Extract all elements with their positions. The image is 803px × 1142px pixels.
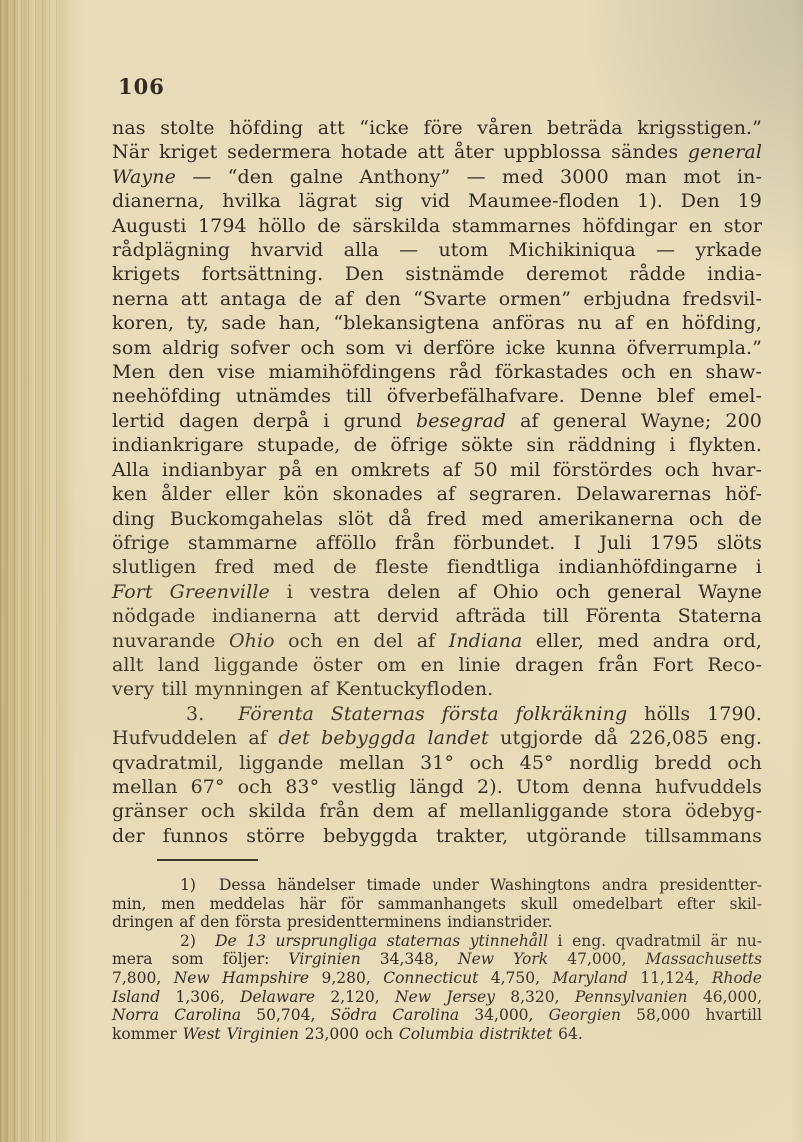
italic-text: Ohio <box>229 630 275 652</box>
text-segment: gränser och skilda från dem af mellanlig… <box>112 800 762 822</box>
text-segment: ken ålder eller kön skonades af segraren… <box>112 483 762 505</box>
text-line: öfrige stammarne afföllo från förbundet.… <box>112 531 762 555</box>
text-segment: öfrige stammarne afföllo från förbundet.… <box>112 532 762 554</box>
text-line: rådplägning hvarvid alla — utom Michikin… <box>112 238 762 262</box>
text-segment: 1,306, <box>160 988 240 1006</box>
page-number: 106 <box>118 74 165 99</box>
text-segment: 47,000, <box>548 950 645 968</box>
text-line: som aldrig sofver och som vi derföre ick… <box>112 336 762 360</box>
text-segment: utgjorde då 226,085 eng. <box>489 727 762 749</box>
italic-text: Förenta Staternas första folkräkning <box>238 703 627 725</box>
text-line: Hufvuddelen af det bebyggda landet utgjo… <box>112 726 762 750</box>
footnotes-section: 1) Dessa händelser timade under Washingt… <box>112 876 762 1043</box>
italic-text: Rhode <box>712 969 762 987</box>
text-segment: mera som följer: <box>112 950 288 968</box>
text-line: Men den vise miamihöfdingens råd förkast… <box>112 360 762 384</box>
text-segment: rådplägning hvarvid alla — utom Michikin… <box>112 239 762 261</box>
text-line: Alla indianbyar på en omkrets af 50 mil … <box>112 458 762 482</box>
italic-text: Virginien <box>288 950 360 968</box>
text-line: qvadratmil, liggande mellan 31° och 45° … <box>112 751 762 775</box>
italic-text: Maryland <box>552 969 627 987</box>
text-segment: ding Buckomgahelas slöt då fred med amer… <box>112 508 762 530</box>
text-line: slutligen fred med de fleste fiendtliga … <box>112 555 762 579</box>
text-segment: dianerna, hvilka lägrat sig vid Maumee-f… <box>112 190 762 212</box>
italic-text: Södra Carolina <box>331 1006 460 1024</box>
text-segment: 4,750, <box>478 969 552 987</box>
italic-text: De 13 ursprungliga staternas ytinnehåll <box>215 932 548 950</box>
text-line: indiankrigare stupade, de öfrige sökte s… <box>112 433 762 457</box>
text-segment: af general Wayne; 200 <box>506 410 762 432</box>
text-line: 3. Förenta Staternas första folkräkning … <box>112 702 762 726</box>
text-segment: der funnos större bebyggda trakter, utgö… <box>112 825 762 847</box>
text-line: Norra Carolina 50,704, Södra Carolina 34… <box>112 1006 762 1025</box>
italic-text: West Virginien <box>183 1025 299 1043</box>
text-line: nas stolte höfding att “icke före våren … <box>112 116 762 140</box>
text-segment: dringen af den första presidentterminens… <box>112 913 553 931</box>
text-segment: qvadratmil, liggande mellan 31° och 45° … <box>112 752 762 774</box>
binding-edge <box>0 0 100 1142</box>
book-page: 106 nas stolte höfding att “icke före vå… <box>0 0 803 1142</box>
text-segment: mellan 67° och 83° vestlig längd 2). Uto… <box>112 776 762 798</box>
italic-text: Columbia distriktet <box>399 1025 552 1043</box>
italic-text: Connecticut <box>383 969 478 987</box>
text-line: Wayne — “den galne Anthony” — med 3000 m… <box>112 165 762 189</box>
text-segment: 8,320, <box>495 988 575 1006</box>
text-segment: lertid dagen derpå i grund <box>112 410 416 432</box>
text-line: Augusti 1794 höllo de särskilda stammarn… <box>112 214 762 238</box>
text-segment: 46,000, <box>688 988 762 1006</box>
text-line: nuvarande Ohio och en del af Indiana ell… <box>112 629 762 653</box>
text-segment: och en del af <box>275 630 449 652</box>
text-segment: Men den vise miamihöfdingens råd förkast… <box>112 361 762 383</box>
text-segment: indiankrigare stupade, de öfrige sökte s… <box>112 434 762 456</box>
text-segment: 34,348, <box>361 950 458 968</box>
text-segment: — “den galne Anthony” — med 3000 man mot… <box>176 166 762 188</box>
text-line: dringen af den första presidentterminens… <box>112 913 762 932</box>
text-segment: Alla indianbyar på en omkrets af 50 mil … <box>112 459 762 481</box>
text-segment: som aldrig sofver och som vi derföre ick… <box>112 337 762 359</box>
text-line: nerna att antaga de af den “Svarte ormen… <box>112 287 762 311</box>
italic-text: Island <box>112 988 160 1006</box>
text-segment: i vestra delen af Ohio och general Wayne <box>270 581 762 603</box>
text-segment: 7,800, <box>112 969 174 987</box>
text-segment: 34,000, <box>459 1006 548 1024</box>
text-segment: 58,000 hvartill <box>621 1006 762 1024</box>
italic-text: Norra Carolina <box>112 1006 241 1024</box>
text-line: der funnos större bebyggda trakter, utgö… <box>112 824 762 848</box>
italic-text: New York <box>458 950 548 968</box>
italic-text: New Jersey <box>395 988 495 1006</box>
text-segment: Hufvuddelen af <box>112 727 278 749</box>
text-line: lertid dagen derpå i grund besegrad af g… <box>112 409 762 433</box>
italic-text: Indiana <box>449 630 523 652</box>
italic-text: Wayne <box>112 166 176 188</box>
text-segment: i eng. qvadratmil är nu- <box>548 932 762 950</box>
text-line: 7,800, New Hampshire 9,280, Connecticut … <box>112 969 762 988</box>
text-line: neehöfding utnämdes till öfverbefälhafva… <box>112 384 762 408</box>
text-line: krigets fortsättning. Den sistnämde dere… <box>112 262 762 286</box>
text-segment: 1) Dessa händelser timade under Washingt… <box>180 876 762 894</box>
text-line: very till mynningen af Kentuckyfloden. <box>112 677 762 701</box>
text-segment: nerna att antaga de af den “Svarte ormen… <box>112 288 762 310</box>
text-segment: eller, med andra ord, <box>522 630 762 652</box>
text-segment: 9,280, <box>309 969 383 987</box>
text-line: gränser och skilda från dem af mellanlig… <box>112 799 762 823</box>
text-segment: 23,000 och <box>299 1025 399 1043</box>
text-segment: krigets fortsättning. Den sistnämde dere… <box>112 263 762 285</box>
text-segment: 2) <box>180 932 215 950</box>
text-line: ding Buckomgahelas slöt då fred med amer… <box>112 507 762 531</box>
italic-text: det bebyggda landet <box>278 727 488 749</box>
text-line: 1) Dessa händelser timade under Washingt… <box>112 876 762 895</box>
text-line: nödgade indianerna att dervid afträda ti… <box>112 604 762 628</box>
text-line: mellan 67° och 83° vestlig längd 2). Uto… <box>112 775 762 799</box>
italic-text: general <box>688 141 762 163</box>
text-segment: very till mynningen af Kentuckyfloden. <box>112 678 493 700</box>
italic-text: Fort Greenville <box>112 581 270 603</box>
text-segment: hölls 1790. <box>627 703 762 725</box>
italic-text: Pennsylvanien <box>575 988 688 1006</box>
text-line: Island 1,306, Delaware 2,120, New Jersey… <box>112 988 762 1007</box>
text-line: kommer West Virginien 23,000 och Columbi… <box>112 1025 762 1044</box>
text-segment: slutligen fred med de fleste fiendtliga … <box>112 556 762 578</box>
italic-text: besegrad <box>416 410 506 432</box>
text-line: koren, ty, sade han, “blekansigtena anfö… <box>112 311 762 335</box>
text-segment: allt land liggande öster om en linie dra… <box>112 654 762 676</box>
body-text: nas stolte höfding att “icke före våren … <box>112 116 762 848</box>
italic-text: New Hampshire <box>174 969 309 987</box>
text-line: När kriget sedermera hotade att åter upp… <box>112 140 762 164</box>
footnote-rule <box>157 859 258 861</box>
text-line: dianerna, hvilka lägrat sig vid Maumee-f… <box>112 189 762 213</box>
text-segment: 2,120, <box>315 988 395 1006</box>
text-segment: 11,124, <box>628 969 712 987</box>
text-line: mera som följer: Virginien 34,348, New Y… <box>112 950 762 969</box>
italic-text: Delaware <box>240 988 315 1006</box>
text-segment: koren, ty, sade han, “blekansigtena anfö… <box>112 312 762 334</box>
text-line: ken ålder eller kön skonades af segraren… <box>112 482 762 506</box>
text-segment: neehöfding utnämdes till öfverbefälhafva… <box>112 385 762 407</box>
text-segment: nuvarande <box>112 630 229 652</box>
text-segment: kommer <box>112 1025 183 1043</box>
text-line: Fort Greenville i vestra delen af Ohio o… <box>112 580 762 604</box>
text-segment: 50,704, <box>241 1006 330 1024</box>
italic-text: Georgien <box>549 1006 621 1024</box>
italic-text: Massachusetts <box>646 950 762 968</box>
text-line: 2) De 13 ursprungliga staternas ytinnehå… <box>112 932 762 951</box>
text-segment: min, men meddelas här för sammanhangets … <box>112 895 762 913</box>
text-segment: När kriget sedermera hotade att åter upp… <box>112 141 688 163</box>
text-segment: Augusti 1794 höllo de särskilda stammarn… <box>112 215 762 237</box>
text-line: allt land liggande öster om en linie dra… <box>112 653 762 677</box>
text-segment: nas stolte höfding att “icke före våren … <box>112 117 762 139</box>
text-segment: nödgade indianerna att dervid afträda ti… <box>112 605 762 627</box>
text-segment: 64. <box>552 1025 583 1043</box>
text-line: min, men meddelas här för sammanhangets … <box>112 895 762 914</box>
text-segment: 3. <box>186 703 238 725</box>
